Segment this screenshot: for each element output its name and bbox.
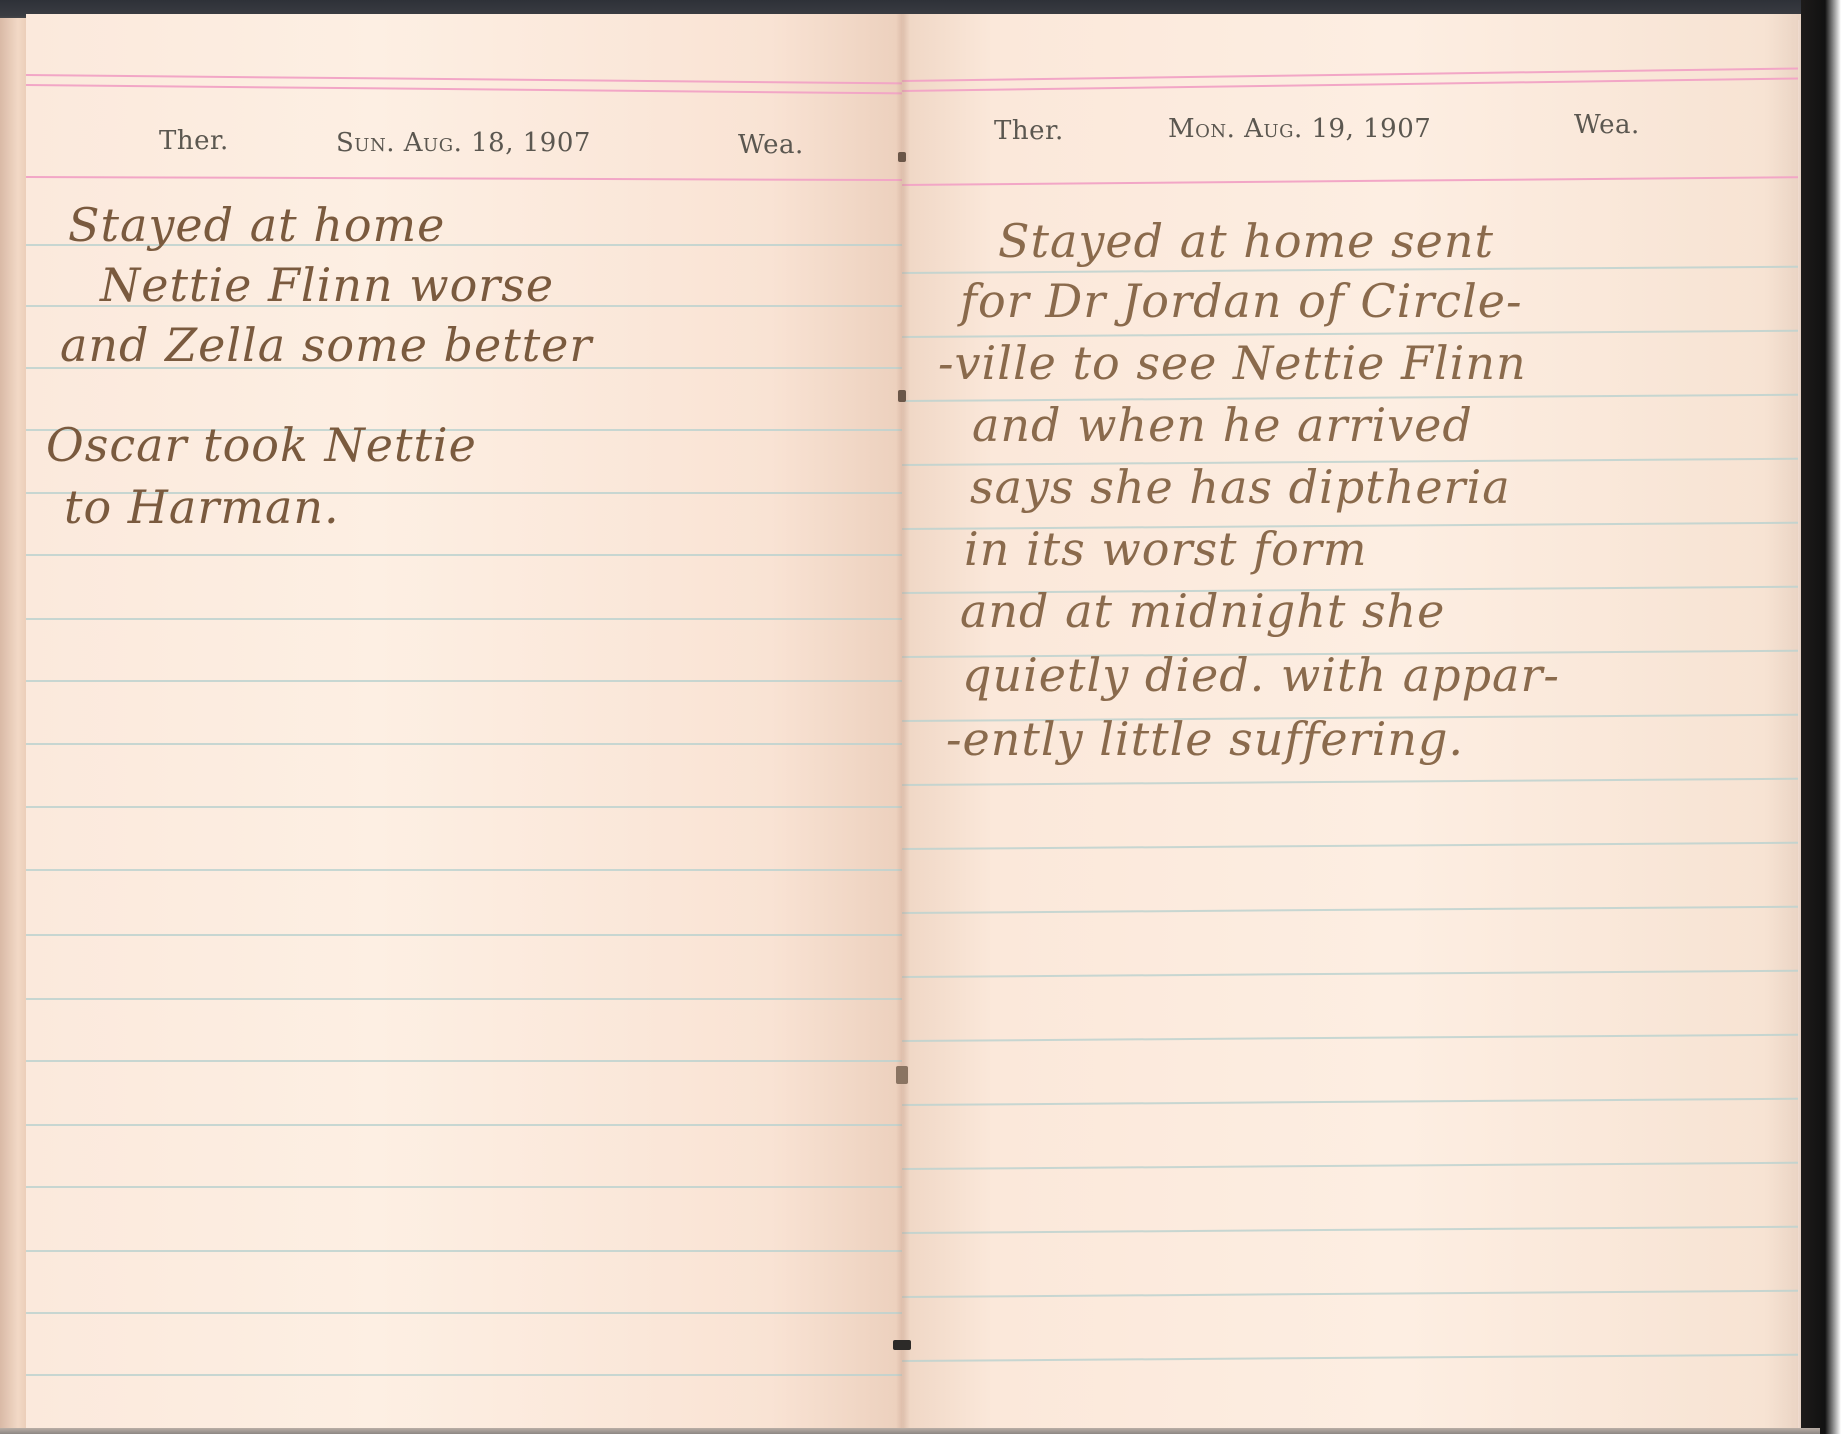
ruled-line xyxy=(26,1312,902,1314)
binding-staple xyxy=(893,1340,911,1350)
binding-staple xyxy=(898,152,906,162)
diary-page-left: Ther. Sun. Aug. 18, 1907 Wea. Stayed at … xyxy=(26,14,902,1430)
entry-line: says she has diptheria xyxy=(970,456,1511,518)
ruled-line xyxy=(26,1186,902,1188)
ruled-line xyxy=(26,1124,902,1126)
ruled-line xyxy=(26,618,902,620)
entry-line: Nettie Flinn worse xyxy=(100,254,554,316)
header-wea-label: Wea. xyxy=(738,130,804,160)
entry-line: and at midnight she xyxy=(960,580,1445,642)
ruled-line xyxy=(26,806,902,808)
ruled-line xyxy=(26,1060,902,1062)
entry-line: and when he arrived xyxy=(972,394,1473,456)
diary-page-right: Ther. Mon. Aug. 19, 1907 Wea. Stayed at … xyxy=(902,14,1810,1430)
entry-line: Oscar took Nettie xyxy=(46,414,477,476)
header-date: Mon. Aug. 19, 1907 xyxy=(1168,114,1431,144)
binding-staple xyxy=(898,390,906,402)
ruled-line xyxy=(902,1034,1810,1042)
pink-rule-header-bottom xyxy=(26,176,902,181)
header-ther-label: Ther. xyxy=(159,126,229,156)
entry-line: Stayed at home xyxy=(68,194,445,256)
header-wea-label: Wea. xyxy=(1574,110,1640,140)
ruled-line xyxy=(902,778,1810,786)
ruled-line xyxy=(902,1162,1810,1170)
entry-line: -ville to see Nettie Flinn xyxy=(938,332,1527,394)
binding-staple xyxy=(896,1066,908,1084)
ruled-line xyxy=(26,680,902,682)
header-date: Sun. Aug. 18, 1907 xyxy=(336,128,591,158)
entry-line: to Harman. xyxy=(64,476,340,538)
book-cover-right xyxy=(1801,0,1841,1440)
entry-line: Stayed at home sent xyxy=(998,210,1494,272)
header-ther-label: Ther. xyxy=(994,116,1064,146)
ruled-line xyxy=(26,554,902,556)
entry-line: -ently little suffering. xyxy=(946,708,1464,770)
entry-line: for Dr Jordan of Circle- xyxy=(960,270,1523,332)
ruled-line xyxy=(26,869,902,871)
ruled-line xyxy=(902,906,1810,914)
ruled-line xyxy=(902,842,1810,850)
ruled-line xyxy=(26,934,902,936)
entry-line: in its worst form xyxy=(964,518,1368,580)
ruled-line xyxy=(902,1098,1810,1106)
entry-line: and Zella some better xyxy=(60,314,592,376)
pink-rule xyxy=(26,84,902,94)
ruled-line xyxy=(26,743,902,745)
pink-rule xyxy=(26,74,902,84)
ruled-line xyxy=(26,998,902,1000)
entry-line: quietly died. with appar- xyxy=(962,644,1560,706)
ruled-line xyxy=(902,970,1810,978)
book-gutter xyxy=(896,14,910,1430)
ruled-line xyxy=(902,1290,1810,1298)
ruled-line xyxy=(26,1374,902,1376)
ruled-line xyxy=(902,1226,1810,1234)
pink-rule-header-bottom xyxy=(902,176,1810,186)
background-bottom xyxy=(0,1434,1841,1455)
date-text: Mon. Aug. 19, 1907 xyxy=(1168,114,1431,144)
ruled-line xyxy=(902,1354,1810,1362)
date-text: Sun. Aug. 18, 1907 xyxy=(336,128,591,158)
ruled-line xyxy=(26,1250,902,1252)
